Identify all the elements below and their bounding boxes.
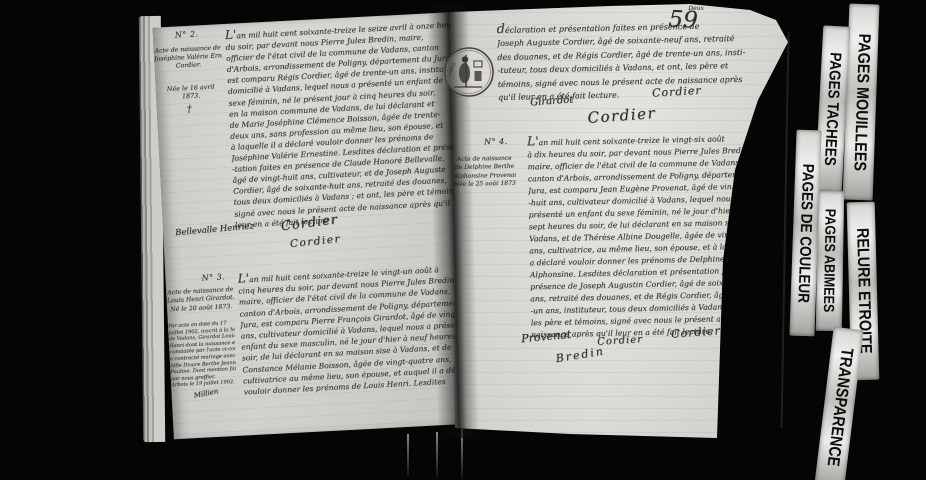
strip-text: PAGES MOUILLEES (849, 33, 873, 171)
act3-note-signature: Millien (193, 387, 219, 400)
timbre-stamp: TIMBRE (441, 44, 497, 100)
act4-signature-bredin: Bredin (555, 344, 606, 365)
right-page-content: Deux 59 déclaration et présentation fait… (450, 0, 804, 450)
gutter-streak-1 (407, 434, 409, 476)
act3-signature-cordier-2: Cordier (587, 104, 657, 127)
page-edge-right (781, 32, 790, 428)
act4-signature-provenat: Provenat (521, 328, 572, 345)
act3-continuation-text: déclaration et présentation faites en pr… (496, 17, 786, 104)
strip-text: PAGES ABIMEES (821, 209, 840, 313)
act4-body-text: L'an mil huit cent soixante-treize le vi… (527, 130, 787, 341)
paraph-mark: † (186, 104, 192, 115)
act3-number: N° 3. (201, 272, 225, 282)
condition-label-pages-abimees: PAGES ABIMEES (816, 191, 844, 331)
register-left-page: N° 2. Acte de naissance deJoséphine Valé… (152, 12, 475, 439)
act4-signature-cordier-2: Cordier (671, 324, 721, 341)
archive-photo: N° 2. Acte de naissance deJoséphine Valé… (0, 0, 926, 480)
act3-signature-girardot: Girardot (530, 94, 574, 108)
strip-text: PAGES DE COULEUR (794, 163, 817, 303)
act2-margin-title: Acte de naissance deJoséphine Valérie Er… (153, 44, 222, 72)
timbre-stamp-graphic: TIMBRE (441, 44, 497, 100)
act2-body-text: L'an mil huit cent soixante-treize le se… (225, 18, 461, 230)
register-right-page: Deux 59 déclaration et présentation fait… (450, 0, 795, 450)
condition-label-transparence: TRANSPARENCE (814, 327, 863, 480)
act2-signature-cordier-2: Cordier (289, 233, 341, 250)
act2-signature-witness: Bellevalle Henriez (175, 221, 255, 238)
act3-margin-title: Acte de naissance deLouis Henri Girardot… (166, 286, 235, 315)
gutter-streak-2 (436, 432, 438, 478)
strip-text: TRANSPARENCE (822, 347, 855, 467)
act2-number: N° 2. (175, 29, 199, 39)
strip-text: PAGES TACHEES (821, 52, 845, 166)
act3-marriage-note: Par acte en date du 17juillet 1902, insc… (168, 320, 237, 389)
act3-signature-cordier-1: Cordier (652, 84, 702, 100)
act2-birth-date: Née le 16 avril 1873. (157, 82, 224, 101)
act4-number: N° 4. (484, 137, 508, 146)
